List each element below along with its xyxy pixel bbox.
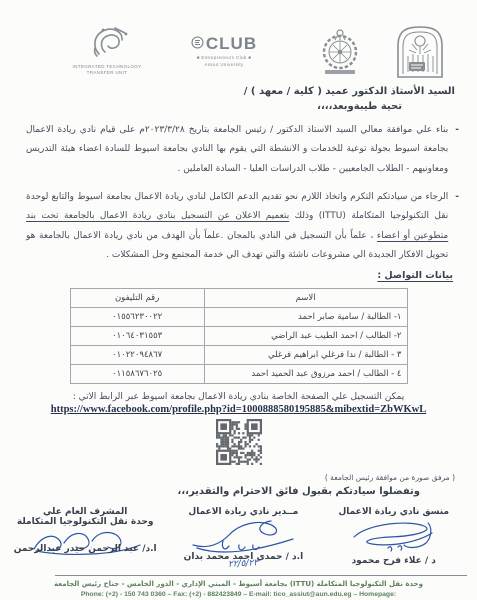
qr-code-icon [216,419,262,469]
scanned-letter-page: INTEGRATED TECHNOLOGY TRANSFER UNIT CLUB… [0,0,477,600]
gear-emblem-icon [315,24,365,80]
signature-title: المشرف العام علي [43,507,127,517]
phone-cell: ٠١١٥٨٦٧٦٠٢٥ [70,365,204,384]
registration-note: يمكن التسجيل علي الصفحة الخاصة بنادي ريا… [0,384,477,402]
ittu-swirl-icon [85,24,129,64]
signature-title: مــدير نادي ريادة الاعمال [188,507,298,517]
bullet-dash: - [455,188,459,265]
footer-divider [55,575,467,576]
club-subtitle-2: Assiut University [204,62,243,68]
signature-block-manager: مــدير نادي ريادة الاعمال ا.د / حمدي احم… [160,507,326,569]
coordinator-signature-icon [348,517,440,556]
signature-title: منسق نادي ريادة الاعمال [338,507,449,517]
facebook-link[interactable]: https://www.facebook.com/profile.php?id=… [0,404,477,415]
handwritten-date: ٢٢/٥/٢٣ [228,559,259,571]
signatory-name: د / علاء فرح محمود [352,556,436,566]
club-subtitle-1: ■ Entrepreneurs Club ■ [197,55,252,61]
bullet-dash: - [455,121,459,179]
club-e-icon [191,34,204,54]
table-header-row: الاسم رقم التليفون [70,289,407,308]
phone-cell: ٠١٥٥٦٢٣٠٠٢٢ [70,308,204,327]
signature-block-coordinator: منسق نادي ريادة الاعمال د / علاء فرح محم… [326,507,461,569]
entrepreneurship-emblem-logo [314,24,366,80]
table-header-phone: رقم التليفون [70,289,204,308]
name-cell: ١- الطالبة / سامية صابر احمد [204,308,407,327]
table-row: ١- الطالبة / سامية صابر احمد ٠١٥٥٦٢٣٠٠٢٢ [70,308,407,327]
table-row: ٤ - الطالب / احمد مرزوق عبد الحميد احمد … [70,365,407,384]
contact-table: الاسم رقم التليفون ١- الطالبة / سامية صا… [70,288,408,384]
contact-heading: بيانات التواصل : [0,265,477,281]
table-row: ٢- الطالب / احمد الطيب عبد الراضي ٠١٠٦٤٠… [70,327,407,346]
club-logo: CLUB ■ Entrepreneurs Club ■ Assiut Unive… [186,34,262,68]
addressee-line: السيد الأستاذ الدكتور عميد ( كلية / معهد… [0,82,477,97]
paragraph-request: - الرجاء من سيادتكم التكرم واتخاذ اللازم… [0,179,477,265]
table-row: ٣ - الطالبة / ندا فرغلي ابراهيم فرغلي ٠١… [70,346,407,365]
header-logos: INTEGRATED TECHNOLOGY TRANSFER UNIT CLUB… [0,0,477,82]
paragraph-approval: - بناء علي موافقة معالي السيد الاستاذ ال… [0,112,477,179]
attachment-note: ( مرفق صورة من موافقة رئيس الجامعة ) [0,469,477,482]
ittu-logo: INTEGRATED TECHNOLOGY TRANSFER UNIT [68,24,146,76]
ittu-caption-line2: TRANSFER UNIT [87,70,128,76]
salutation-line: وتفضلوا سيادتكم بقبول فائق الاحترام والت… [0,482,477,497]
club-wordmark: CLUB [206,34,257,54]
signature-block-supervisor: المشرف العام علي وحدة نقل التكنولوجيا ال… [10,507,160,569]
name-cell: ٣ - الطالبة / ندا فرغلي ابراهيم فرغلي [204,346,407,365]
university-arch-icon [394,24,446,84]
name-cell: ٤ - الطالب / احمد مرزوق عبد الحميد احمد [204,365,407,384]
signature-title-line2: وحدة نقل التكنولوجيا المتكاملة [17,517,154,527]
paragraph-approval-text: بناء علي موافقة معالي السيد الاستاذ الدك… [26,121,448,179]
footer-contacts: Phone: (+2) - 150 743 0360 – Fax: (+2) -… [0,591,477,598]
phone-cell: ٠١٠٦٤٠٣١٥٥٣ [70,327,204,346]
signature-row: منسق نادي ريادة الاعمال د / علاء فرح محم… [0,497,477,569]
assiut-university-logo [392,24,448,84]
phone-cell: ٠١٠٢٢٠٩٤٨٦٧ [70,346,204,365]
signatory-name: ا.د/ عبد الرحمن حيدر عبدالرحمن [14,544,157,554]
name-cell: ٢- الطالب / احمد الطيب عبد الراضي [204,327,407,346]
footer-address: وحدة نقل التكنولوجيا المتكاملة (ITTU) بج… [0,580,477,588]
table-header-name: الاسم [204,289,407,308]
greeting-line: تحية طيبةوبعد،،،، [0,97,477,112]
paragraph-request-text: الرجاء من سيادتكم التكرم واتخاذ اللازم ن… [26,188,448,265]
